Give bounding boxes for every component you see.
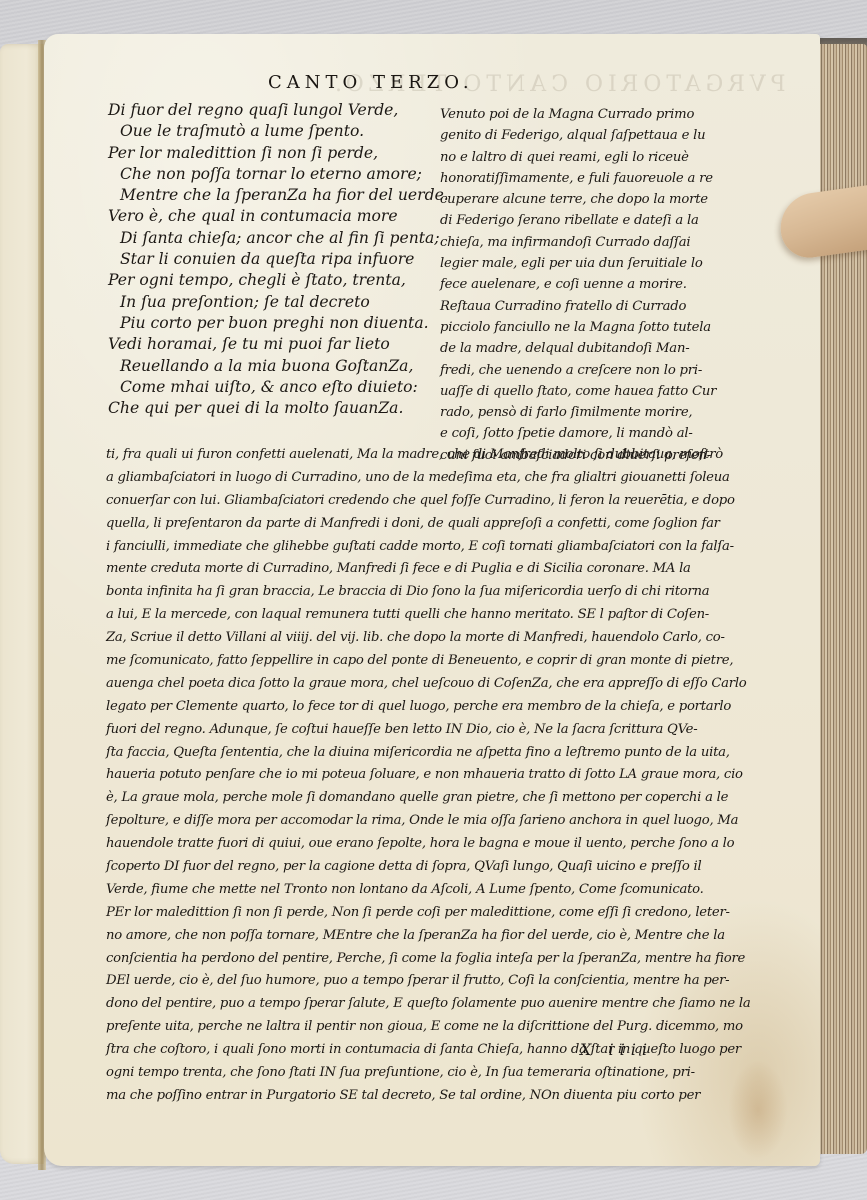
commentary-line: auenga chel poeta dica ſotto la graue mo…	[106, 673, 706, 696]
commentary-line: di Federigo ſerano ribellate e dateſi a …	[440, 210, 710, 231]
commentary-full-column: ti, fra quali ui furon confetti auelenat…	[106, 444, 706, 1108]
commentary-line: picciolo fanciullo ne la Magna ſotto tut…	[440, 317, 710, 338]
commentary-line: mente creduta morte di Curradino, Manfre…	[106, 558, 706, 581]
verse-line: In ſua preſontion; ſe tal decreto	[108, 292, 438, 313]
commentary-line: conſcientia ha perdono del pentire, Perc…	[106, 948, 706, 971]
commentary-line: e coſi, ſotto ſpetie damore, li mandò al…	[440, 423, 710, 444]
verse-line: Per lor maledittion ſi non ſi perde,	[108, 143, 438, 164]
commentary-line: fredi, che uenendo a creſcere non lo pri…	[440, 360, 710, 381]
verse-line: Oue le traſmutò a lume ſpento.	[108, 121, 438, 142]
commentary-line: honoratiſſimamente, e fuli fauoreuole a …	[440, 168, 710, 189]
running-head: CANTO TERZO.	[268, 72, 474, 93]
commentary-line: ti, fra quali ui furon confetti auelenat…	[106, 444, 706, 467]
commentary-line: dono del pentire, puo a tempo ſperar ſal…	[106, 993, 706, 1016]
commentary-line: preſente uita, perche ne laltra il penti…	[106, 1016, 706, 1039]
commentary-line: legato per Clemente quarto, lo fece tor …	[106, 696, 706, 719]
commentary-side-column: Venuto poi de la Magna Currado primo gen…	[440, 104, 710, 466]
verse-line: Star li conuien da queſta ripa infuore	[108, 249, 438, 270]
commentary-line: PEr lor maledittion ſi non ſi perde, Non…	[106, 902, 706, 925]
verse-line: Che qui per quei di la molto ſauanZa.	[108, 398, 438, 419]
commentary-line: hauendole tratte fuori di quiui, oue era…	[106, 833, 706, 856]
commentary-line: cuperare alcune terre, che dopo la morte	[440, 189, 710, 210]
commentary-line: rado, pensò di farlo ſimilmente morire,	[440, 402, 710, 423]
commentary-line: no amore, che non poſſa tornare, MEntre …	[106, 925, 706, 948]
commentary-line: legier male, egli per uia dun ſeruitiale…	[440, 253, 710, 274]
commentary-line: ſepolture, e diſſe mora per accomodar la…	[106, 810, 706, 833]
commentary-line: ſta faccia, Queſta ſententia, che la diu…	[106, 742, 706, 765]
commentary-line: chieſa, ma infirmandoſi Currado daſſai	[440, 232, 710, 253]
paper-stain	[728, 1060, 788, 1160]
verse-line: Reuellando a la mia buona GoſtanZa,	[108, 356, 438, 377]
verse-column: Di fuor del regno quaſi lungol Verde, Ou…	[108, 100, 438, 419]
verse-line: Per ogni tempo, chegli è ſtato, trenta,	[108, 270, 438, 291]
verse-line: Di ſanta chieſa; ancor che al fin ſi pen…	[108, 228, 438, 249]
commentary-line: ſcoperto DI fuor del regno, per la cagio…	[106, 856, 706, 879]
commentary-line: no e laltro di quei reami, egli lo riceu…	[440, 147, 710, 168]
verse-line: Vero è, che qual in contumacia more	[108, 206, 438, 227]
commentary-line: è, La graue mola, perche mole ſi domanda…	[106, 787, 706, 810]
verse-line: Di fuor del regno quaſi lungol Verde,	[108, 100, 438, 121]
commentary-line: fece auelenare, e coſi uenne a morire.	[440, 274, 710, 295]
commentary-line: conuerſar con lui. Gliambaſciatori crede…	[106, 490, 706, 513]
commentary-line: Za, Scriue il detto Villani al viiij. de…	[106, 627, 706, 650]
commentary-line: uaſſe di quello ſtato, come hauea fatto …	[440, 381, 710, 402]
signature-mark: X iiii	[580, 1040, 653, 1059]
commentary-line: haueria potuto penſare che io mi poteua …	[106, 764, 706, 787]
commentary-line: bonta infinita ha ſi gran braccia, Le br…	[106, 581, 706, 604]
commentary-line: i fanciulli, immediate che glihebbe guſt…	[106, 536, 706, 559]
verse-line: Come mhai uiſto, & anco eſto diuieto:	[108, 377, 438, 398]
verse-line: Vedi horamai, ſe tu mi puoi far lieto	[108, 334, 438, 355]
verse-line: Mentre che la ſperanZa ha fior del uerde…	[108, 185, 438, 206]
commentary-line: DEl uerde, cio è, del ſuo humore, puo a …	[106, 970, 706, 993]
commentary-line: me ſcomunicato, fatto ſeppellire in capo…	[106, 650, 706, 673]
commentary-line: Venuto poi de la Magna Currado primo	[440, 104, 710, 125]
commentary-line: ma che poſſino entrar in Purgatorio SE t…	[106, 1085, 706, 1108]
commentary-line: quella, li preſentaron da parte di Manfr…	[106, 513, 706, 536]
commentary-line: fuori del regno. Adunque, ſe coſtui haue…	[106, 719, 706, 742]
commentary-line: Reſtaua Curradino fratello di Currado	[440, 296, 710, 317]
commentary-line: a gliambaſciatori in luogo di Curradino,…	[106, 467, 706, 490]
commentary-line: Verde, fiume che mette nel Tronto non lo…	[106, 879, 706, 902]
commentary-line: genito di Federigo, alqual ſaſpettaua e …	[440, 125, 710, 146]
commentary-line: a lui, E la mercede, con laqual remunera…	[106, 604, 706, 627]
verse-line: Che non poſſa tornar lo eterno amore;	[108, 164, 438, 185]
commentary-line: ogni tempo trenta, che ſono ſtati IN ſua…	[106, 1062, 706, 1085]
commentary-line: de la madre, delqual dubitandoſi Man-	[440, 338, 710, 359]
verse-line: Piu corto per buon preghi non diuenta.	[108, 313, 438, 334]
